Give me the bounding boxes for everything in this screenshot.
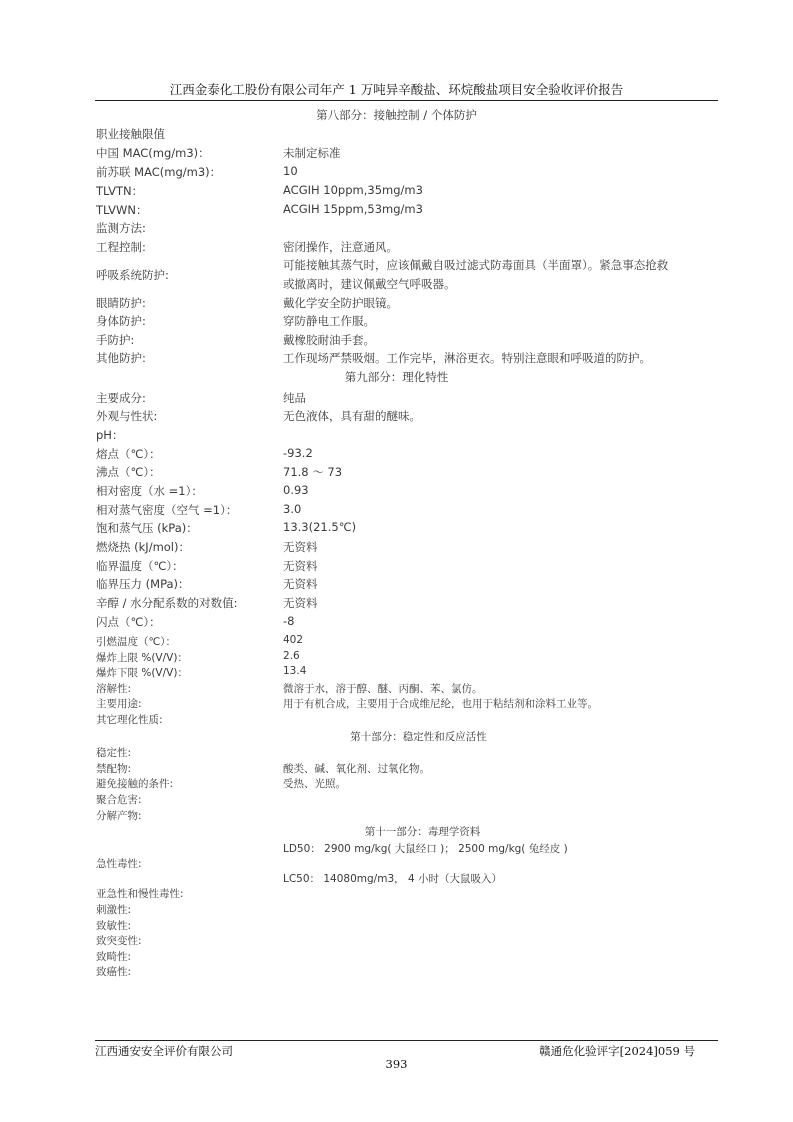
- field-label: 相对蒸气密度（空气 =1）：: [96, 502, 237, 518]
- field-value: 受热、光照。: [283, 776, 346, 791]
- ld50-value: LD50： 2900 mg/kg( 大鼠经口 )； 2500 mg/kg( 兔经…: [283, 841, 568, 856]
- field-label: 监测方法:: [96, 220, 146, 236]
- field-value: 微溶于水，溶于醇、醚、丙酮、苯、氯仿。: [283, 681, 483, 696]
- field-label: 主要用途:: [96, 696, 142, 711]
- section-10-title: 第十部分：稳定性和反应活性: [0, 729, 793, 744]
- field-value: 无色液体，具有甜的醚味。: [283, 408, 421, 424]
- field-value: 10: [283, 164, 298, 178]
- field-label: 熔点（℃）：: [96, 446, 161, 462]
- field-value: 穿防静电工作服。: [283, 313, 375, 329]
- field-value: 402: [283, 634, 303, 646]
- field-label: 闪点（℃）：: [96, 614, 161, 630]
- field-value: 0.93: [283, 483, 309, 497]
- field-value: 2.6: [283, 650, 300, 662]
- field-value: ACGIH 15ppm,53mg/m3: [283, 202, 423, 216]
- field-label: TLVWN：: [96, 202, 148, 218]
- field-value: 酸类、碱、氧化剂、过氧化物。: [283, 761, 430, 776]
- field-label: 身体防护:: [96, 313, 146, 329]
- field-label: 外观与性状:: [96, 408, 157, 424]
- header-rule: [95, 100, 718, 101]
- field-label: 禁配物:: [96, 761, 131, 776]
- field-value: 71.8 ～ 73: [283, 464, 342, 480]
- field-label: 眼睛防护:: [96, 295, 146, 311]
- field-label: 其他防护:: [96, 350, 146, 366]
- field-label: 致畸性:: [96, 949, 131, 964]
- field-label: 急性毒性:: [96, 856, 142, 871]
- field-value: 无资料: [283, 558, 318, 574]
- field-label: 致敏性:: [96, 918, 131, 933]
- field-label: 致突变性:: [96, 933, 142, 948]
- field-label: 燃烧热 (kJ/mol)：: [96, 539, 190, 555]
- field-label: pH：: [96, 427, 123, 443]
- section-9-title: 第九部分：理化特性: [0, 369, 793, 385]
- field-value: -93.2: [283, 446, 313, 460]
- field-label: 溶解性:: [96, 681, 131, 696]
- section-11-title: 第十一部分：毒理学资料: [0, 824, 793, 839]
- field-value: 戴化学安全防护眼镜。: [283, 295, 398, 311]
- field-value: ACGIH 10ppm,35mg/m3: [283, 183, 423, 197]
- field-label: 相对密度（水 =1）：: [96, 483, 203, 499]
- field-value-continued: 或撤离时，建议佩戴空气呼吸器。: [283, 276, 456, 292]
- field-value: 工作现场严禁吸烟。工作完毕，淋浴更衣。特别注意眼和呼吸道的防护。: [283, 350, 651, 366]
- field-label: 刺激性:: [96, 902, 131, 917]
- field-label: 致癌性:: [96, 964, 131, 979]
- field-value: 戴橡胶耐油手套。: [283, 332, 375, 348]
- field-value: 用于有机合成，主要用于合成维尼纶，也用于粘结剂和涂料工业等。: [283, 696, 598, 711]
- field-label: 分解产物:: [96, 808, 142, 823]
- field-label: 中国 MAC(mg/m3)：: [96, 145, 210, 161]
- field-value: 无资料: [283, 576, 318, 592]
- section-8-title: 第八部分：接触控制 / 个体防护: [0, 107, 793, 123]
- field-label: 亚急性和慢性毒性:: [96, 886, 184, 901]
- field-value: 3.0: [283, 502, 301, 516]
- field-value: -8: [283, 614, 294, 628]
- field-label: 沸点（℃）：: [96, 464, 161, 480]
- field-label: 引燃温度（℃）：: [96, 634, 176, 649]
- lc50-value: LC50： 14080mg/m3， 4 小时（大鼠吸入）: [283, 871, 502, 886]
- field-label: 辛醇 / 水分配系数的对数值:: [96, 595, 238, 611]
- field-label: 前苏联 MAC(mg/m3)：: [96, 164, 221, 180]
- footer-rule: [95, 1040, 718, 1041]
- field-label: 手防护:: [96, 332, 134, 348]
- field-label: 爆炸上限 %(V/V)：: [96, 650, 188, 665]
- field-label: 临界温度（℃）：: [96, 558, 184, 574]
- field-label: 其它理化性质:: [96, 712, 163, 727]
- field-value: 未制定标准: [283, 145, 341, 161]
- field-value: 无资料: [283, 595, 318, 611]
- field-label: 临界压力 (MPa)：: [96, 576, 190, 592]
- field-value: 无资料: [283, 539, 318, 555]
- field-value: 可能接触其蒸气时，应该佩戴自吸过滤式防毒面具（半面罩）。紧急事态抢救: [283, 257, 668, 273]
- field-label: 爆炸下限 %(V/V)：: [96, 665, 188, 680]
- field-value: 纯品: [283, 390, 306, 406]
- field-label: TLVTN：: [96, 183, 143, 199]
- field-value: 13.3(21.5℃): [283, 520, 356, 534]
- field-label: 职业接触限值: [96, 126, 165, 142]
- field-label: 稳定性:: [96, 745, 131, 760]
- field-label: 主要成分:: [96, 390, 146, 406]
- field-label: 饱和蒸气压 (kPa)：: [96, 520, 198, 536]
- field-label: 聚合危害:: [96, 792, 142, 807]
- report-title: 江西金泰化工股份有限公司年产 1 万吨异辛酸盐、环烷酸盐项目安全验收评价报告: [0, 80, 793, 98]
- field-label: 呼吸系统防护:: [96, 267, 169, 283]
- page-number: 393: [0, 1057, 793, 1071]
- field-label: 避免接触的条件:: [96, 776, 173, 791]
- field-label: 工程控制:: [96, 239, 146, 255]
- field-value: 13.4: [283, 665, 306, 677]
- field-value: 密闭操作，注意通风。: [283, 239, 398, 255]
